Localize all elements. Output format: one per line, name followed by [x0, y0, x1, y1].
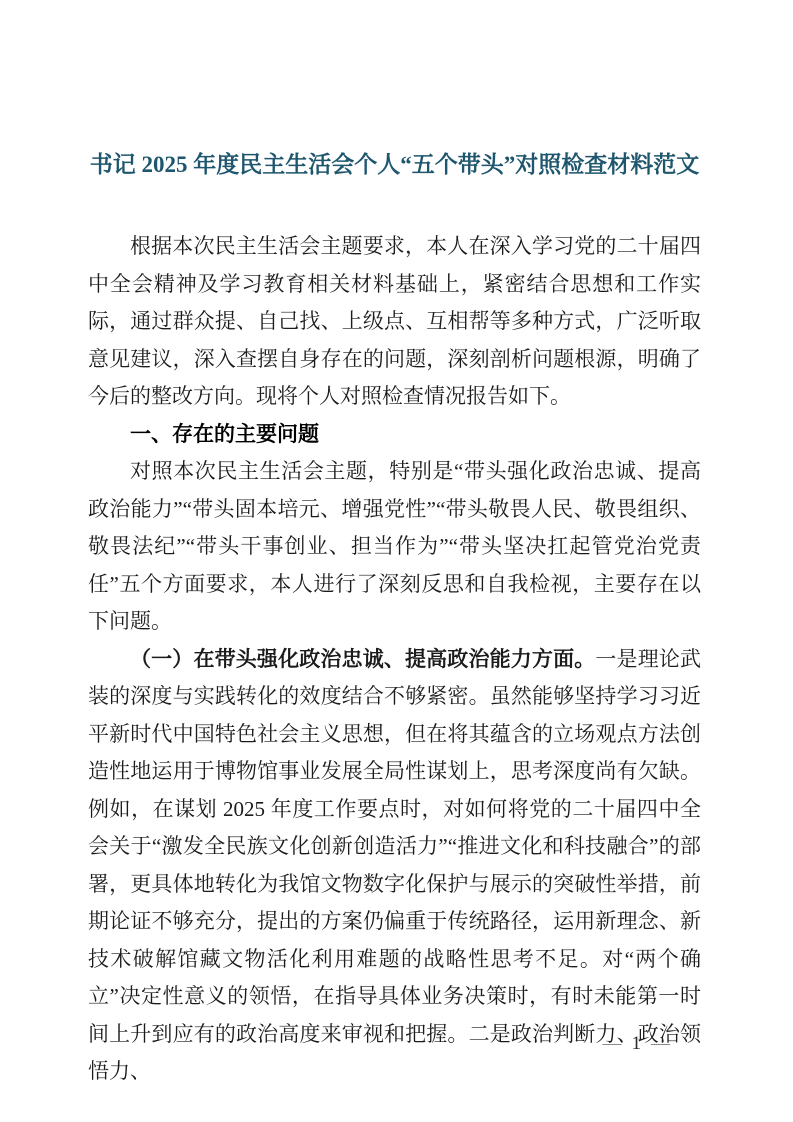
footer-left-dash: —: [603, 1033, 622, 1054]
item-1-paragraph: （一）在带头强化政治忠诚、提高政治能力方面。一是理论武装的深度与实践转化的效度结…: [88, 641, 701, 1091]
page-number: 1: [632, 1033, 642, 1054]
item-1-lead: （一）在带头强化政治忠诚、提高政治能力方面。: [130, 647, 595, 671]
intro-paragraph: 根据本次民主生活会主题要求，本人在深入学习党的二十届四中全会精神及学习教育相关材…: [88, 228, 701, 416]
footer-right-dash: —: [651, 1033, 670, 1054]
section-1-heading: 一、存在的主要问题: [88, 416, 701, 454]
document-page: 书记 2025 年度民主生活会个人“五个带头”对照检查材料范文 根据本次民主生活…: [0, 0, 793, 1122]
section-1-overview-paragraph: 对照本次民主生活会主题，特别是“带头强化政治忠诚、提高政治能力”“带头固本培元、…: [88, 453, 701, 641]
document-title: 书记 2025 年度民主生活会个人“五个带头”对照检查材料范文: [88, 146, 701, 184]
document-body: 根据本次民主生活会主题要求，本人在深入学习党的二十届四中全会精神及学习教育相关材…: [88, 228, 701, 1091]
item-1-body: 一是理论武装的深度与实践转化的效度结合不够紧密。虽然能够坚持学习习近平新时代中国…: [88, 647, 701, 1084]
page-footer: —1—: [598, 1032, 676, 1056]
